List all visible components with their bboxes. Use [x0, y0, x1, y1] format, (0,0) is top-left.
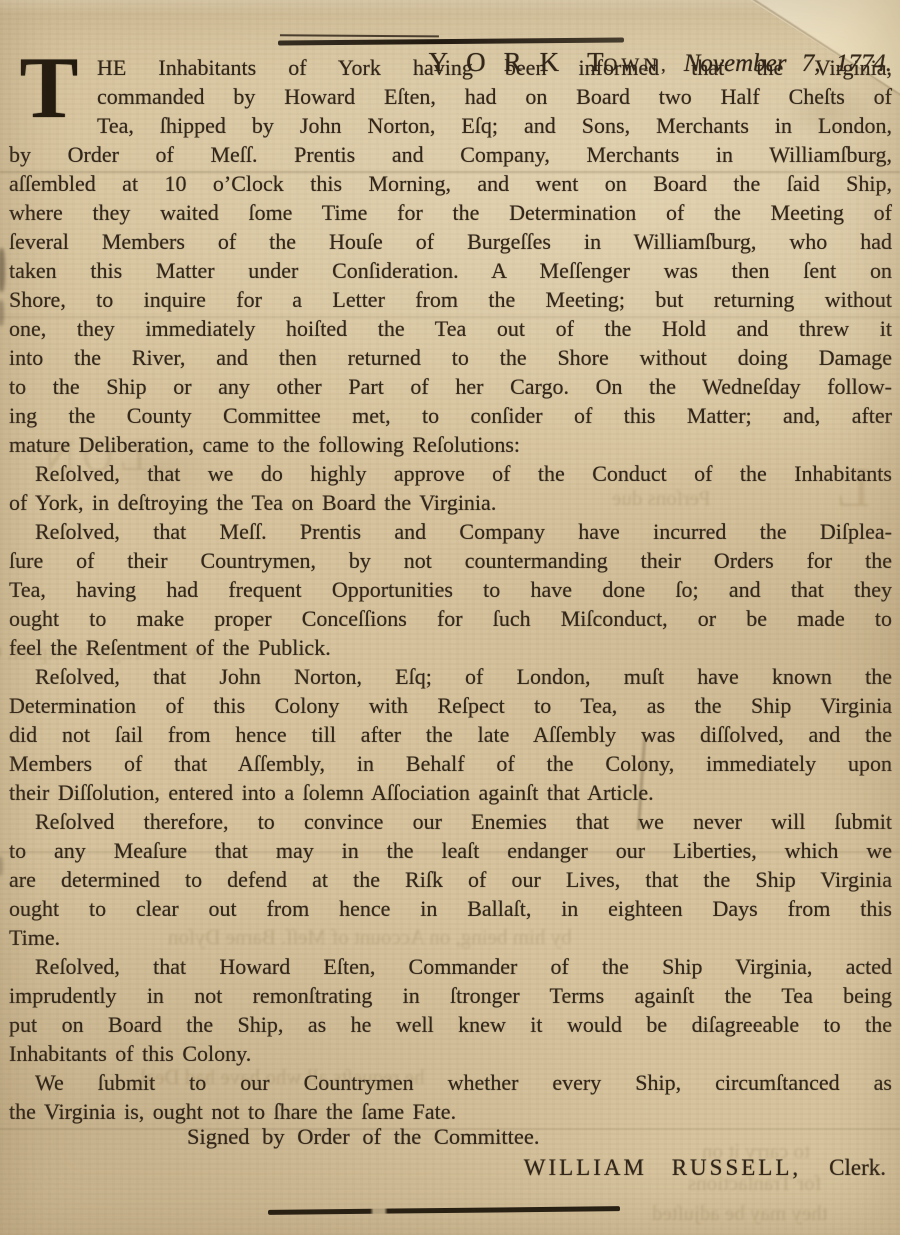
top-divider-rule: [278, 37, 624, 45]
text-line: HE Inhabitants of York having been infor…: [9, 53, 892, 82]
edge-smudge: [0, 300, 4, 326]
signature-name: WILLIAM RUSSELL,: [524, 1155, 801, 1180]
paragraph: Reſolved therefore, to convince our Enem…: [9, 807, 892, 952]
text-line: one, they immediately hoiſted the Tea ou…: [9, 314, 892, 343]
text-line: Determination of this Colony with Reſpec…: [9, 691, 892, 720]
text-line: Time.: [9, 923, 892, 952]
bottom-divider-rule: [268, 1206, 620, 1215]
text-line: put on Board the Ship, as he well knew i…: [9, 1010, 892, 1039]
text-line: We ſubmit to our Countrymen whether ever…: [9, 1068, 892, 1097]
text-line: commanded by Howard Eſten, had on Board …: [9, 82, 892, 111]
text-line: Shore, to inquire for a Letter from the …: [9, 285, 892, 314]
text-line: to any Meaſure that may in the leaſt end…: [9, 836, 892, 865]
text-line: to the Ship or any other Part of her Car…: [9, 372, 892, 401]
text-line: Tea, ſhipped by John Norton, Eſq; and So…: [9, 111, 892, 140]
ghost-text: they may be adjuſted: [652, 1201, 828, 1226]
paragraph: Reſolved, that we do highly approve of t…: [9, 459, 892, 517]
text-line: by Order of Meſſ. Prentis and Company, M…: [9, 140, 892, 169]
text-line: of York, in deſtroying the Tea on Board …: [9, 488, 892, 517]
text-line: ing the County Committee met, to conſide…: [9, 401, 892, 430]
edge-smudge: [0, 248, 5, 292]
paragraph: Reſolved, that Howard Eſten, Commander o…: [9, 952, 892, 1068]
text-line: aſſembled at 10 o’Clock this Morning, an…: [9, 169, 892, 198]
paragraph: Reſolved, that John Norton, Eſq; of Lond…: [9, 662, 892, 807]
text-line: feel the Reſentment of the Publick.: [9, 633, 892, 662]
drop-cap: T: [9, 56, 89, 114]
text-line: imprudently in not remonſtrating in ſtro…: [9, 981, 892, 1010]
signoff-line: Signed by Order of the Committee.: [9, 1122, 892, 1152]
text-line: taken this Matter under Conſideration. A…: [9, 256, 892, 285]
text-line: ſure of their Countrymen, by not counter…: [9, 546, 892, 575]
text-line: Reſolved, that we do highly approve of t…: [9, 459, 892, 488]
text-line: Members of that Aſſembly, in Behalf of t…: [9, 749, 892, 778]
article-body: THE Inhabitants of York having been info…: [9, 53, 892, 1183]
text-line: Reſolved, that Meſſ. Prentis and Company…: [9, 517, 892, 546]
text-line: Reſolved, that Howard Eſten, Commander o…: [9, 952, 892, 981]
text-line: where they waited ſome Time for the Dete…: [9, 198, 892, 227]
text-line: are determined to defend at the Riſk of …: [9, 865, 892, 894]
edge-smudge: [0, 856, 3, 876]
text-line: mature Deliberation, came to the followi…: [9, 430, 892, 459]
text-line: their Diſſolution, entered into a ſolemn…: [9, 778, 892, 807]
text-line: ſeveral Members of the Houſe of Burgeſſe…: [9, 227, 892, 256]
text-line: into the River, and then returned to the…: [9, 343, 892, 372]
signature-line: WILLIAM RUSSELL,Clerk.: [9, 1152, 892, 1183]
signature-clerk-title: Clerk.: [829, 1155, 886, 1180]
paragraph: THE Inhabitants of York having been info…: [9, 53, 892, 459]
text-line: did not ſail from hence till after the l…: [9, 720, 892, 749]
text-line: Tea, having had frequent Opportunities t…: [9, 575, 892, 604]
text-line: Inhabitants of this Colony.: [9, 1039, 892, 1068]
paragraph: Reſolved, that Meſſ. Prentis and Company…: [9, 517, 892, 662]
paragraph: We ſubmit to our Countrymen whether ever…: [9, 1068, 892, 1126]
text-line: ought to clear out from hence in Ballaſt…: [9, 894, 892, 923]
text-line: Reſolved therefore, to convince our Enem…: [9, 807, 892, 836]
text-line: Reſolved, that John Norton, Eſq; of Lond…: [9, 662, 892, 691]
newspaper-clipping: Perſons dueLhave no Right to expect. God…: [0, 0, 900, 1235]
text-line: ought to make proper Conceſſions for ſuc…: [9, 604, 892, 633]
